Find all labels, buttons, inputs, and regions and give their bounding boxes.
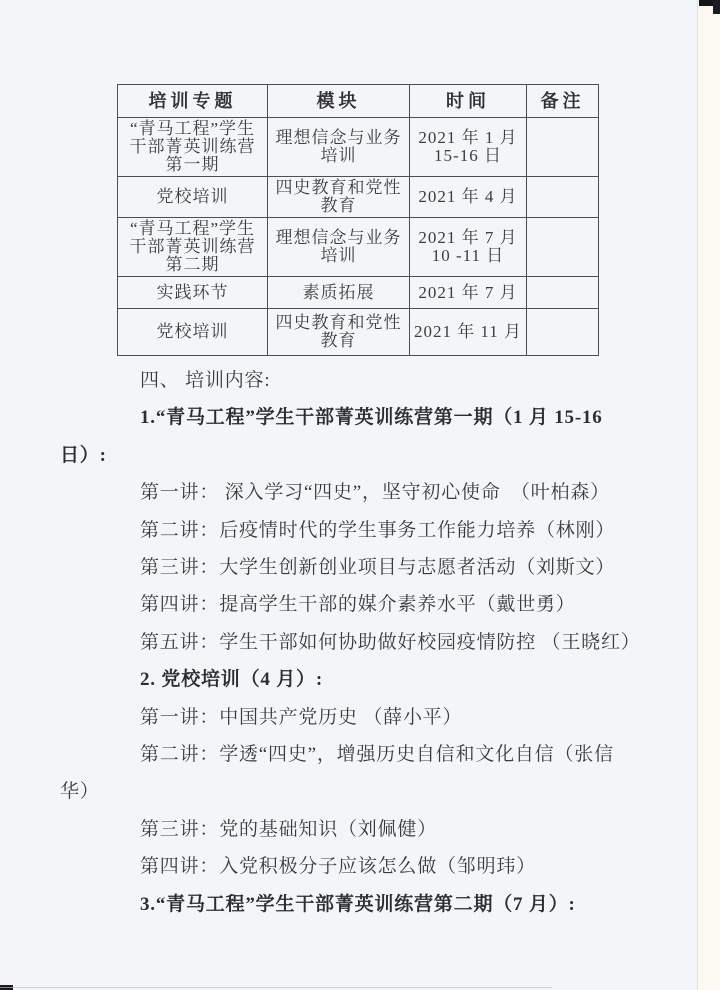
cell-time: 2021 年 1 月 15-16 日 (410, 118, 527, 177)
lecture-line: 第四讲：入党积极分子应该怎么做（邹明玮） (60, 848, 662, 885)
section-heading: 四、 培训内容: (60, 362, 662, 399)
cell-module: 四史教育和党性 教育 (268, 309, 410, 356)
lecture-line: 第二讲：学透“四史”，增强历史自信和文化自信（张信 华） (60, 736, 662, 811)
lecture-line: 第四讲：提高学生干部的媒介素养水平（戴世勇） (60, 586, 662, 623)
scanner-edge-strip (697, 0, 720, 990)
subsection-heading-3: 3.“青马工程”学生干部菁英训练营第二期（7 月）: (60, 886, 662, 923)
cell-time: 2021 年 11 月 (410, 309, 527, 356)
cell-module: 四史教育和党性 教育 (268, 177, 410, 218)
table-row: 党校培训 四史教育和党性 教育 2021 年 4 月 (118, 177, 599, 218)
lecture-line: 第一讲：中国共产党历史 （薛小平） (60, 699, 662, 736)
cell-time: 2021 年 7 月 (410, 277, 527, 309)
table-row: “青马工程”学生 干部菁英训练营 第二期 理想信念与业务 培训 2021 年 7… (118, 218, 599, 277)
lecture-line: 第五讲：学生干部如何协助做好校园疫情防控 （王晓红） (60, 624, 662, 661)
table-row: “青马工程”学生 干部菁英训练营 第一期 理想信念与业务 培训 2021 年 1… (118, 118, 599, 177)
subsection-heading-1: 1.“青马工程”学生干部菁英训练营第一期（1 月 15-16 日）: (60, 399, 662, 474)
training-schedule-table: 培训专题 模块 时间 备注 “青马工程”学生 干部菁英训练营 第一期 理想信念与… (117, 84, 599, 356)
table-header-row: 培训专题 模块 时间 备注 (118, 85, 599, 118)
cell-module: 理想信念与业务 培训 (268, 118, 410, 177)
header-cell-module: 模块 (268, 85, 410, 118)
lecture-line: 第一讲： 深入学习“四史”，坚守初心使命 （叶柏森） (60, 474, 662, 511)
cell-topic: “青马工程”学生 干部菁英训练营 第一期 (118, 118, 268, 177)
cell-note (527, 218, 599, 277)
header-cell-topic: 培训专题 (118, 85, 268, 118)
cell-topic: 实践环节 (118, 277, 268, 309)
cell-topic: 党校培训 (118, 309, 268, 356)
document-body: 四、 培训内容: 1.“青马工程”学生干部菁英训练营第一期（1 月 15-16 … (60, 362, 662, 923)
cell-note (527, 118, 599, 177)
cell-note (527, 177, 599, 218)
cell-note (527, 309, 599, 356)
lecture-line: 第三讲：党的基础知识（刘佩健） (60, 811, 662, 848)
header-cell-note: 备注 (527, 85, 599, 118)
table-row: 实践环节 素质拓展 2021 年 7 月 (118, 277, 599, 309)
cell-note (527, 277, 599, 309)
scanned-page: 培训专题 模块 时间 备注 “青马工程”学生 干部菁英训练营 第一期 理想信念与… (0, 0, 720, 990)
cell-module: 素质拓展 (268, 277, 410, 309)
table-row: 党校培训 四史教育和党性 教育 2021 年 11 月 (118, 309, 599, 356)
scan-artifact-top-right-step (713, 0, 720, 14)
cell-module: 理想信念与业务 培训 (268, 218, 410, 277)
subsection-heading-2: 2. 党校培训（4 月）: (60, 661, 662, 698)
cell-time: 2021 年 4 月 (410, 177, 527, 218)
lecture-line: 第二讲：后疫情时代的学生事务工作能力培养（林刚） (60, 512, 662, 549)
header-cell-time: 时间 (410, 85, 527, 118)
cell-topic: 党校培训 (118, 177, 268, 218)
cell-time: 2021 年 7 月 10 -11 日 (410, 218, 527, 277)
scan-artifact-bottom-line (0, 987, 552, 988)
cell-topic: “青马工程”学生 干部菁英训练营 第二期 (118, 218, 268, 277)
lecture-line: 第三讲：大学生创新创业项目与志愿者活动（刘斯文） (60, 549, 662, 586)
